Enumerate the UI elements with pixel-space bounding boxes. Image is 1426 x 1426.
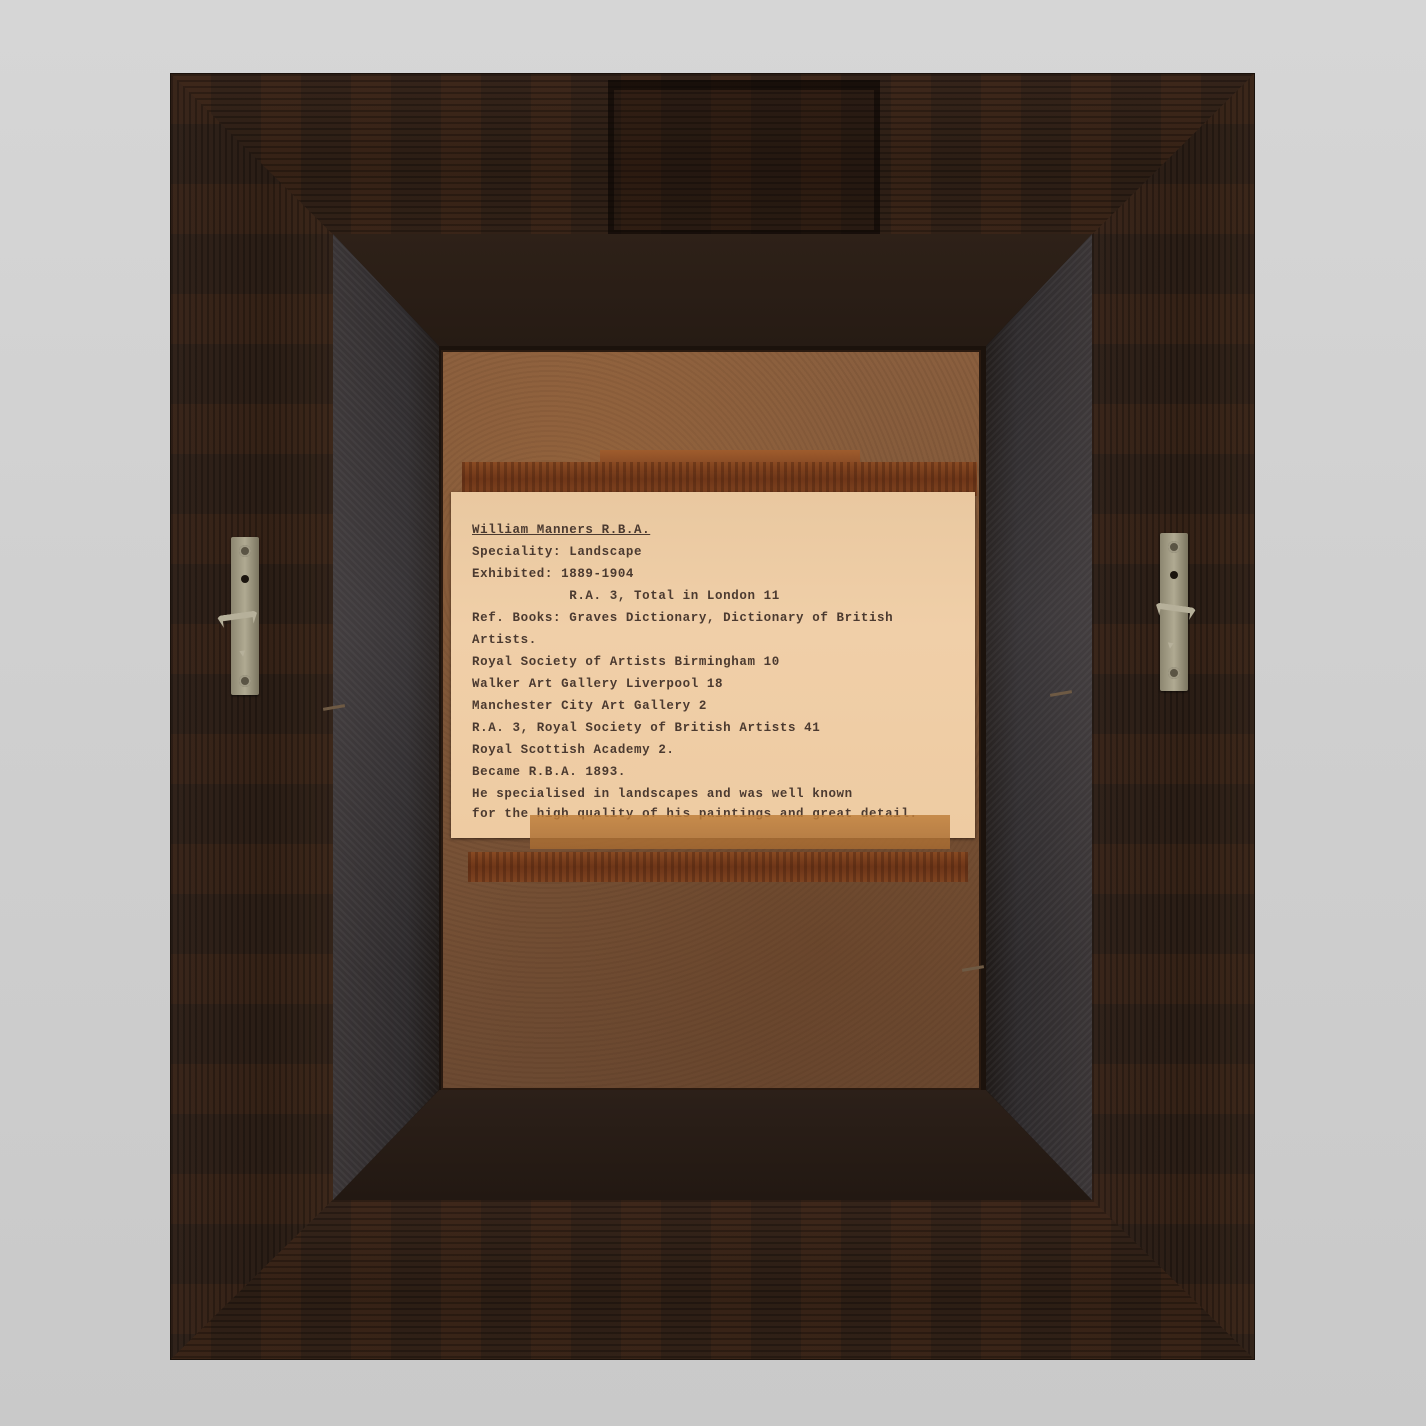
outer-frame-bottom-rail <box>171 1200 1254 1359</box>
outer-frame-left-rail <box>171 74 333 1359</box>
tape-strip <box>462 462 977 496</box>
screw-icon <box>239 675 251 687</box>
hanger-hole <box>1170 571 1178 579</box>
inner-frame-top <box>333 234 1092 346</box>
screw-icon <box>1168 541 1180 553</box>
label-line: Ref. Books: Graves Dictionary, Dictionar… <box>472 610 893 626</box>
provenance-label: William Manners R.B.A. Speciality: Lands… <box>451 492 975 838</box>
inner-frame-bottom <box>333 1090 1092 1200</box>
outer-frame-right-rail <box>1092 74 1254 1359</box>
left-d-ring-hanger <box>231 537 259 695</box>
tape-strip <box>530 815 950 849</box>
label-line: Royal Scottish Academy 2. <box>472 742 675 758</box>
label-line: Royal Society of Artists Birmingham 10 <box>472 654 780 670</box>
label-line: Artists. <box>472 632 537 648</box>
label-line: Speciality: Landscape <box>472 544 642 560</box>
label-line: R.A. 3, Royal Society of British Artists… <box>472 720 820 736</box>
tape-strip <box>468 852 968 882</box>
inner-frame-right <box>986 234 1092 1200</box>
label-line: R.A. 3, Total in London 11 <box>472 588 780 604</box>
label-artist-name: William Manners R.B.A. <box>472 522 650 538</box>
screw-icon <box>239 545 251 557</box>
hanger-hole <box>241 575 249 583</box>
screw-icon <box>1168 667 1180 679</box>
label-line: Exhibited: 1889-1904 <box>472 566 634 582</box>
old-hanger-plate-mark <box>608 80 880 236</box>
label-line: Became R.B.A. 1893. <box>472 764 626 780</box>
label-line: He specialised in landscapes and was wel… <box>472 786 853 802</box>
label-line: Manchester City Art Gallery 2 <box>472 698 707 714</box>
right-d-ring-hanger <box>1160 533 1188 691</box>
label-line: Walker Art Gallery Liverpool 18 <box>472 676 723 692</box>
inner-frame-left <box>333 234 439 1200</box>
